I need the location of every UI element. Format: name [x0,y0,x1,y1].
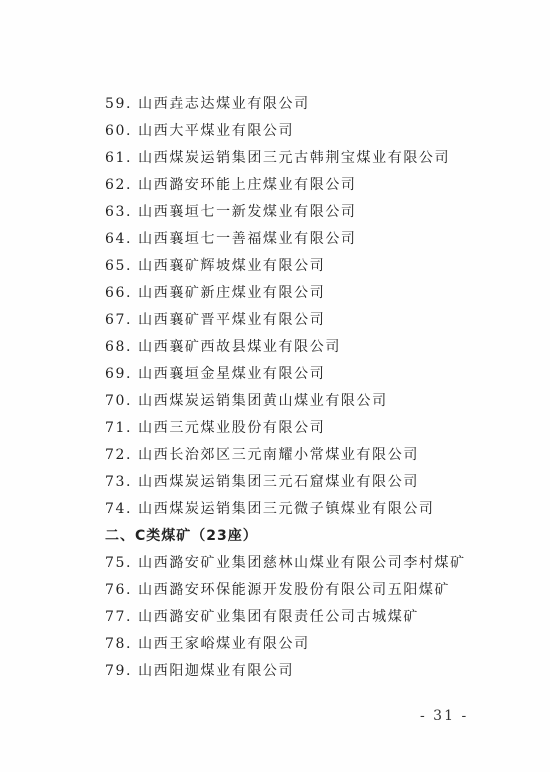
list-item: 73. 山西煤炭运销集团三元石窟煤业有限公司 [105,469,466,496]
list-item: 65. 山西襄矿辉坡煤业有限公司 [105,253,466,280]
list-item: 71. 山西三元煤业股份有限公司 [105,415,466,442]
list-item: 61. 山西煤炭运销集团三元古韩荆宝煤业有限公司 [105,145,466,172]
list-item: 69. 山西襄垣金星煤业有限公司 [105,361,466,388]
list-item: 60. 山西大平煤业有限公司 [105,118,466,145]
list-item: 70. 山西煤炭运销集团黄山煤业有限公司 [105,388,466,415]
coal-mine-list: 59. 山西垚志达煤业有限公司 60. 山西大平煤业有限公司 61. 山西煤炭运… [105,91,466,685]
list-item: 64. 山西襄垣七一善福煤业有限公司 [105,226,466,253]
section-heading: 二、C类煤矿（23座） [105,523,466,550]
list-item: 68. 山西襄矿西故县煤业有限公司 [105,334,466,361]
list-item: 75. 山西潞安矿业集团慈林山煤业有限公司李村煤矿 [105,550,466,577]
list-item: 66. 山西襄矿新庄煤业有限公司 [105,280,466,307]
page-number: - 31 - [420,708,468,724]
list-item: 79. 山西阳迦煤业有限公司 [105,658,466,685]
list-item: 72. 山西长治郊区三元南耀小常煤业有限公司 [105,442,466,469]
list-item: 63. 山西襄垣七一新发煤业有限公司 [105,199,466,226]
list-item: 67. 山西襄矿晋平煤业有限公司 [105,307,466,334]
list-item: 62. 山西潞安环能上庄煤业有限公司 [105,172,466,199]
list-item: 76. 山西潞安环保能源开发股份有限公司五阳煤矿 [105,577,466,604]
list-item: 77. 山西潞安矿业集团有限责任公司古城煤矿 [105,604,466,631]
list-item: 59. 山西垚志达煤业有限公司 [105,91,466,118]
list-item: 78. 山西王家峪煤业有限公司 [105,631,466,658]
document-page: 59. 山西垚志达煤业有限公司 60. 山西大平煤业有限公司 61. 山西煤炭运… [0,0,550,772]
list-item: 74. 山西煤炭运销集团三元微子镇煤业有限公司 [105,496,466,523]
